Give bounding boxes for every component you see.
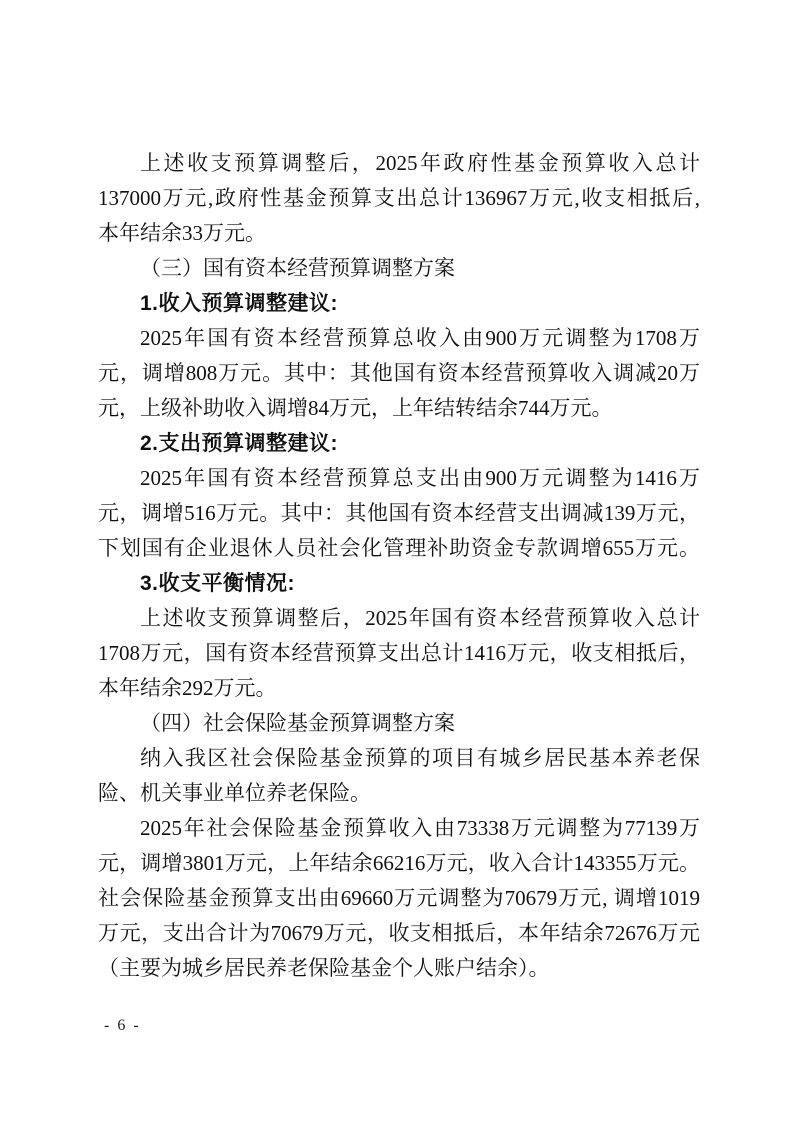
text-line: 2025年国有资本经营预算总支出由900万元调整为1416万	[98, 461, 700, 496]
text-line: 万元，支出合计为70679万元，收支相抵后，本年结余72676万元	[98, 916, 700, 951]
text-line: 元，上级补助收入调增84万元，上年结转结余744万元。	[98, 391, 700, 426]
text-line: 1708万元，国有资本经营预算支出总计1416万元，收支相抵后，	[98, 636, 700, 671]
text-line: 下划国有企业退休人员社会化管理补助资金专款调增655万元。	[98, 531, 700, 566]
text-line: 本年结余292万元。	[98, 671, 700, 706]
text-line: 险、机关事业单位养老保险。	[98, 776, 700, 811]
text-line: 社会保险基金预算支出由69660万元调整为70679万元, 调增1019	[98, 881, 700, 916]
document-page: 上述收支预算调整后，2025年政府性基金预算收入总计137000万元,政府性基金…	[0, 0, 793, 1122]
page-number: - 6 -	[104, 1015, 141, 1037]
heading-line: 3.收支平衡情况:	[98, 566, 700, 601]
text-line: 纳入我区社会保险基金预算的项目有城乡居民基本养老保	[98, 741, 700, 776]
heading-line: 1.收入预算调整建议:	[98, 286, 700, 321]
text-line: （四）社会保险基金预算调整方案	[98, 706, 700, 741]
text-line: （三）国有资本经营预算调整方案	[98, 251, 700, 286]
text-line: 本年结余33万元。	[98, 216, 700, 251]
text-line: 上述收支预算调整后，2025年国有资本经营预算收入总计	[98, 601, 700, 636]
text-line: 2025年国有资本经营预算总收入由900万元调整为1708万	[98, 321, 700, 356]
text-line: 元，调增808万元。其中：其他国有资本经营预算收入调减20万	[98, 356, 700, 391]
text-line: 上述收支预算调整后，2025年政府性基金预算收入总计	[98, 146, 700, 181]
text-line: 元，调增516万元。其中：其他国有资本经营支出调减139万元，	[98, 496, 700, 531]
text-line: 2025年社会保险基金预算收入由73338万元调整为77139万	[98, 811, 700, 846]
heading-line: 2.支出预算调整建议:	[98, 426, 700, 461]
text-line: 元，调增3801万元，上年结余66216万元，收入合计143355万元。	[98, 846, 700, 881]
text-line: （主要为城乡居民养老保险基金个人账户结余）。	[98, 951, 700, 986]
document-body: 上述收支预算调整后，2025年政府性基金预算收入总计137000万元,政府性基金…	[98, 146, 700, 986]
text-line: 137000万元,政府性基金预算支出总计136967万元,收支相抵后,	[98, 181, 700, 216]
